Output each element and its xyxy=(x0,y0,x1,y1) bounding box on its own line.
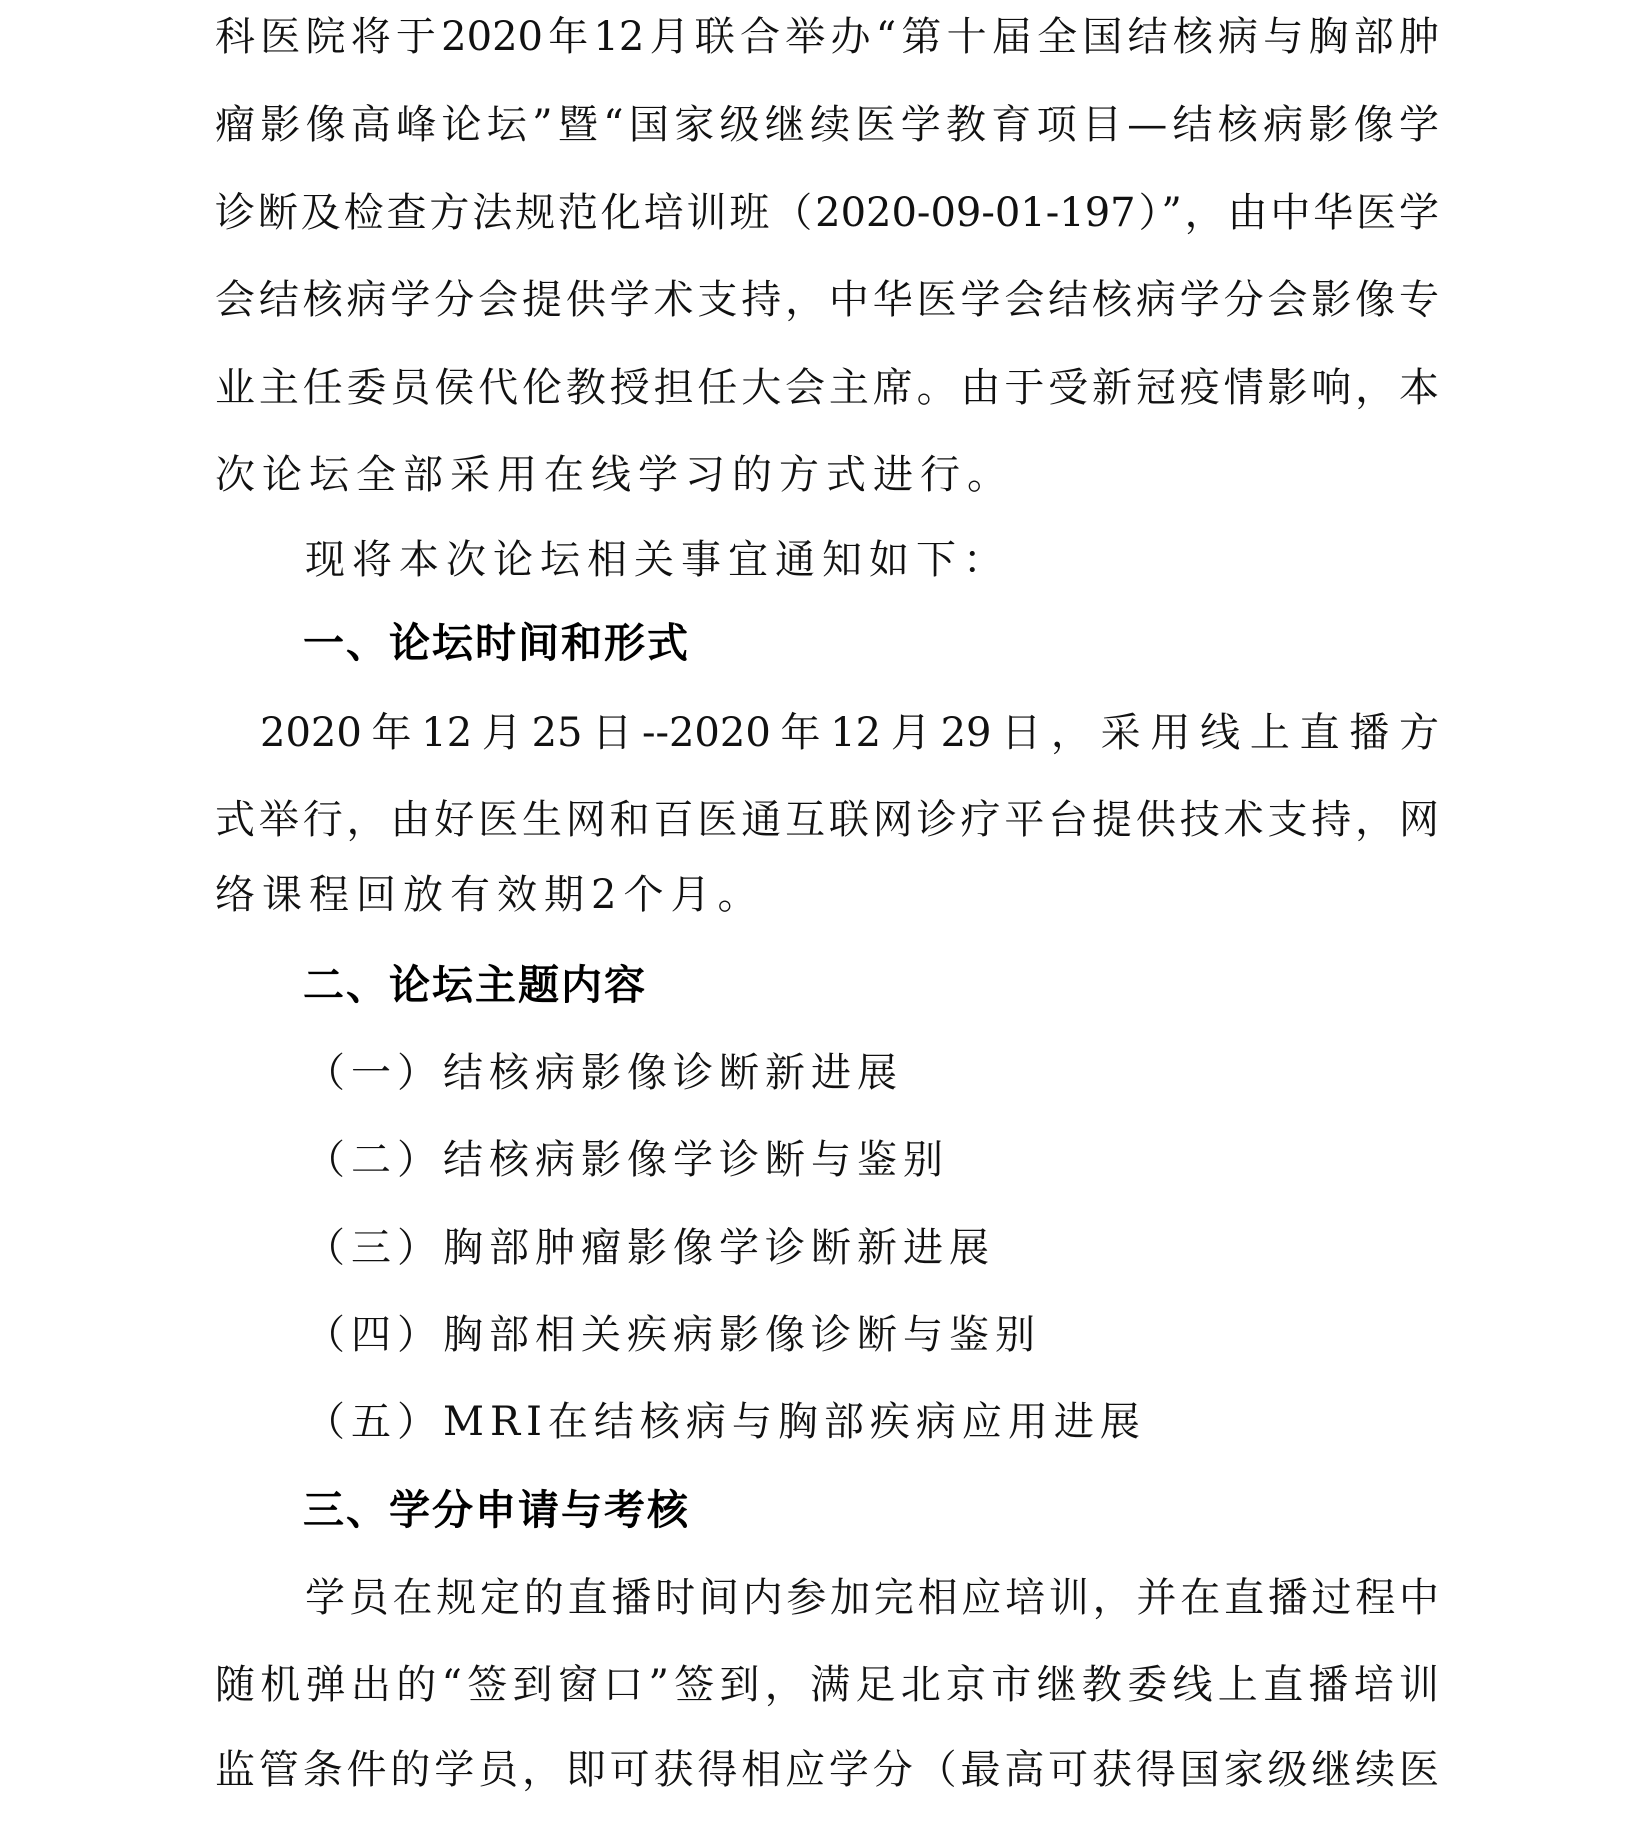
paragraph-line: 次论坛全部采用在线学习的方式进行。 xyxy=(215,431,1014,519)
section-3-line: 监管条件的学员，即可获得相应学分（最高可获得国家级继续医 xyxy=(215,1726,1439,1814)
topic-list-item: （五）MRI在结核病与胸部疾病应用进展 xyxy=(305,1378,1146,1466)
section-1-line: 络课程回放有效期2个月。 xyxy=(215,851,764,939)
topic-list-item: （二）结核病影像学诊断与鉴别 xyxy=(305,1116,949,1204)
paragraph-line: 业主任委员侯代伦教授担任大会主席。由于受新冠疫情影响，本 xyxy=(215,344,1439,432)
paragraph-line: 会结核病学分会提供学术支持，中华医学会结核病学分会影像专 xyxy=(215,256,1439,344)
paragraph-line: 科医院将于2020年12月联合举办“第十届全国结核病与胸部肿 xyxy=(215,0,1439,81)
section-3-line: 学员在规定的直播时间内参加完相应培训，并在直播过程中 xyxy=(305,1554,1439,1642)
section-heading-topics: 二、论坛主题内容 xyxy=(303,941,647,1029)
section-heading-time-format: 一、论坛时间和形式 xyxy=(303,599,690,687)
paragraph-line: 瘤影像高峰论坛”暨“国家级继续医学教育项目—结核病影像学 xyxy=(215,81,1439,169)
topic-list-item: （一）结核病影像诊断新进展 xyxy=(305,1029,903,1117)
section-3-line: 随机弹出的“签到窗口”签到，满足北京市继教委线上直播培训 xyxy=(215,1641,1439,1729)
paragraph-line: 诊断及检查方法规范化培训班（2020-09-01-197）”，由中华医学 xyxy=(215,169,1439,257)
section-heading-credits: 三、学分申请与考核 xyxy=(303,1466,690,1554)
topic-list-item: （四）胸部相关疾病影像诊断与鉴别 xyxy=(305,1291,1041,1379)
topic-list-item: （三）胸部肿瘤影像学诊断新进展 xyxy=(305,1204,995,1292)
notice-line: 现将本次论坛相关事宜通知如下： xyxy=(305,516,1010,604)
section-1-line: 2020年12月25日--2020年12月29日，采用线上直播方 xyxy=(260,689,1439,777)
